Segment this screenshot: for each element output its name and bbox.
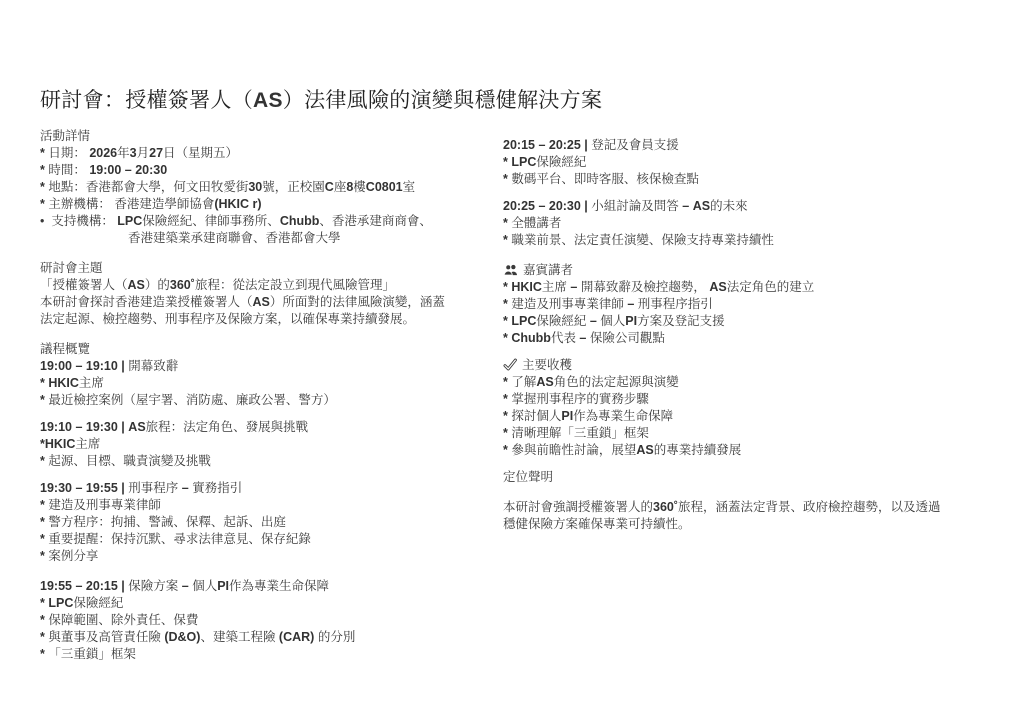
positioning-statement-heading: 定位聲明 [503,469,1008,486]
text-line: * 建造及刑事專業律師 – 刑事程序指引 [503,296,1008,313]
text-line: 「授權簽署人（AS）的360˚旅程：從法定設立到現代風險管理」 [40,277,502,294]
text-line: * 建造及刑事專業律師 [40,497,502,514]
text-line: * LPC保險經紀 [40,595,502,612]
text-line: * 起源、目標、職責演變及挑戰 [40,453,502,470]
text-line: 法定起源、檢控趨勢、刑事程序及保險方案，以確保專業持續發展。 [40,311,502,328]
text-line: *HKIC主席 [40,436,502,453]
text-line: * 掌握刑事程序的實務步驟 [503,391,1008,408]
guest-speakers-section: 嘉賓講者* HKIC主席 – 開幕致辭及檢控趨勢， AS法定角色的建立* 建造及… [503,262,1008,347]
text-line: * 最近檢控案例（屋宇署、消防處、廉政公署、警方） [40,392,502,409]
section-heading: 活動詳情 [40,128,502,145]
agenda-line: 19:30 – 19:55 | 刑事程序 – 實務指引 [40,480,502,497]
agenda-item-19-10: 19:10 – 19:30 | AS旅程：法定角色、發展與挑戰*HKIC主席* … [40,419,502,470]
section-heading: 研討會主題 [40,260,502,277]
text-line: * 數碼平台、即時客服、核保檢查點 [503,171,1008,188]
agenda-item-20-15: 20:15 – 20:25 | 登記及會員支援* LPC保險經紀* 數碼平台、即… [503,137,1008,188]
right-column: 20:15 – 20:25 | 登記及會員支援* LPC保險經紀* 數碼平台、即… [503,137,1008,543]
section-heading: 定位聲明 [503,469,1008,486]
text-line: 穩健保險方案確保專業可持續性。 [503,516,1008,533]
left-column: 活動詳情* 日期： 2026年3月27日（星期五）* 時間： 19:00 – 2… [40,128,502,673]
agenda-line: 19:10 – 19:30 | AS旅程：法定角色、發展與挑戰 [40,419,502,436]
text-line: 香港建築業承建商聯會、香港都會大學 [40,230,502,247]
text-line: * 重要提醒：保持沉默、尋求法律意見、保存紀錄 [40,531,502,548]
key-takeaways-section: 主要收穫* 了解AS角色的法定起源與演變* 掌握刑事程序的實務步驟* 探討個人P… [503,357,1008,459]
text-line: * LPC保險經紀 [503,154,1008,171]
speakers-icon [503,263,518,276]
text-line: * HKIC主席 [40,375,502,392]
text-line: * 主辦機構： 香港建造學師協會(HKIC r) [40,196,502,213]
section-heading: 嘉賓講者 [503,262,1008,279]
text-line: * 時間： 19:00 – 20:30 [40,162,502,179]
agenda-line: 20:25 – 20:30 | 小組討論及問答 – AS的未來 [503,198,1008,215]
text-line: 本研討會強調授權簽署人的360˚旅程，涵蓋法定背景、政府檢控趨勢，以及透過 [503,499,1008,516]
document-page: 研討會：授權簽署人（AS）法律風險的演變與穩健解決方案 活動詳情* 日期： 20… [0,0,1024,724]
text-line: * 警方程序：拘捕、警誡、保釋、起訴、出庭 [40,514,502,531]
text-line: * Chubb代表 – 保險公司觀點 [503,330,1008,347]
text-line: * 探討個人PI作為專業生命保障 [503,408,1008,425]
agenda-line: 19:55 – 20:15 | 保險方案 – 個人PI作為專業生命保障 [40,578,502,595]
positioning-statement-body: 本研討會強調授權簽署人的360˚旅程，涵蓋法定背景、政府檢控趨勢，以及透過穩健保… [503,499,1008,533]
text-line: * 日期： 2026年3月27日（星期五） [40,145,502,162]
seminar-theme-section: 研討會主題「授權簽署人（AS）的360˚旅程：從法定設立到現代風險管理」本研討會… [40,260,502,328]
page-title: 研討會：授權簽署人（AS）法律風險的演變與穩健解決方案 [40,84,602,114]
text-line: * 案例分享 [40,548,502,565]
text-line: * 全體講者 [503,215,1008,232]
text-line: * LPC保險經紀 – 個人PI方案及登記支援 [503,313,1008,330]
text-line: * 地點：香港都會大學，何文田牧愛街30號，正校園C座8樓C0801室 [40,179,502,196]
text-line: 本研討會探討香港建造業授權簽署人（AS）所面對的法律風險演變，涵蓋 [40,294,502,311]
text-line: * HKIC主席 – 開幕致辭及檢控趨勢， AS法定角色的建立 [503,279,1008,296]
text-line: * 了解AS角色的法定起源與演變 [503,374,1008,391]
section-heading: 議程概覽 [40,341,502,358]
text-line: * 與董事及高管責任險 (D&O)、建築工程險 (CAR) 的分別 [40,629,502,646]
check-icon [503,358,517,371]
agenda-item-19-30: 19:30 – 19:55 | 刑事程序 – 實務指引* 建造及刑事專業律師* … [40,480,502,565]
agenda-line: 20:15 – 20:25 | 登記及會員支援 [503,137,1008,154]
text-line: • 支持機構： LPC保險經紀、律師事務所、Chubb、香港承建商商會、 [40,213,502,230]
text-line: * 保障範圍、除外責任、保費 [40,612,502,629]
event-details-section: 活動詳情* 日期： 2026年3月27日（星期五）* 時間： 19:00 – 2… [40,128,502,247]
agenda-item-19-55: 19:55 – 20:15 | 保險方案 – 個人PI作為專業生命保障* LPC… [40,578,502,663]
section-heading: 主要收穫 [503,357,1008,374]
agenda-item-20-25: 20:25 – 20:30 | 小組討論及問答 – AS的未來* 全體講者* 職… [503,198,1008,249]
agenda-overview-section: 議程概覽19:00 – 19:10 | 開幕致辭* HKIC主席* 最近檢控案例… [40,341,502,409]
text-line: * 「三重鎖」框架 [40,646,502,663]
agenda-line: 19:00 – 19:10 | 開幕致辭 [40,358,502,375]
text-line: * 參與前瞻性討論，展望AS的專業持續發展 [503,442,1008,459]
text-line: * 職業前景、法定責任演變、保險支持專業持續性 [503,232,1008,249]
text-line: * 清晰理解「三重鎖」框架 [503,425,1008,442]
